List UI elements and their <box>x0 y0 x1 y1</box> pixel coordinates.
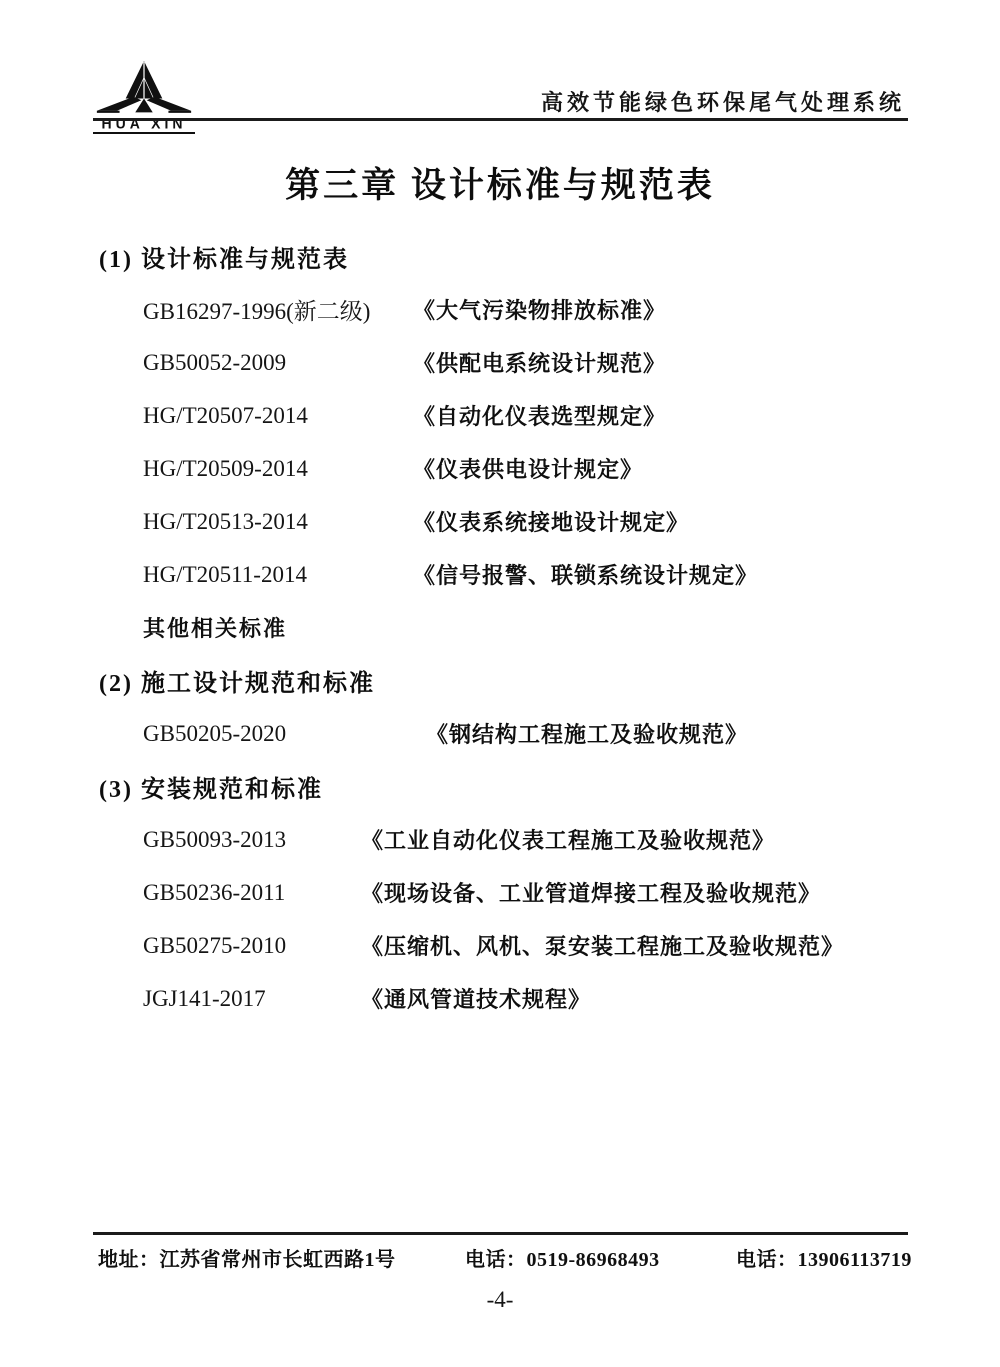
standard-row: GB50236-2011 《现场设备、工业管道焊接工程及验收规范》 <box>93 866 920 919</box>
standard-row: GB50093-2013 《工业自动化仪表工程施工及验收规范》 <box>93 813 920 866</box>
standard-row: GB16297-1996(新二级) 《大气污染物排放标准》 <box>93 283 920 336</box>
standard-code: GB50093-2013 <box>143 827 361 853</box>
standard-row: HG/T20513-2014 《仪表系统接地设计规定》 <box>93 495 920 548</box>
footer-rule <box>93 1232 908 1235</box>
footer-address: 地址：江苏省常州市长虹西路1号 <box>98 1243 396 1272</box>
section-heading-3: (3) 安装规范和标准 <box>93 760 920 813</box>
standard-row: HG/T20509-2014 《仪表供电设计规定》 <box>93 442 920 495</box>
page-title: 第三章 设计标准与规范表 <box>0 158 1000 208</box>
standard-code: GB50205-2020 <box>143 721 426 747</box>
logo-underline <box>93 132 195 134</box>
standard-name: 《仪表系统接地设计规定》 <box>413 506 689 537</box>
standard-name: 《供配电系统设计规范》 <box>413 347 666 378</box>
standard-name: 《钢结构工程施工及验收规范》 <box>426 718 748 749</box>
standard-name: 《工业自动化仪表工程施工及验收规范》 <box>361 824 775 855</box>
standard-name: 《仪表供电设计规定》 <box>413 453 643 484</box>
mountain-logo-icon <box>96 60 192 116</box>
standard-code: GB50275-2010 <box>143 933 361 959</box>
standard-code: GB50052-2009 <box>143 350 413 376</box>
standard-name: 《大气污染物排放标准》 <box>413 294 666 325</box>
standard-name: 《现场设备、工业管道焊接工程及验收规范》 <box>361 877 821 908</box>
standard-name: 《通风管道技术规程》 <box>361 983 591 1014</box>
standard-row: 其他相关标准 <box>93 601 920 654</box>
page-number: -4- <box>0 1287 1000 1313</box>
standard-row: HG/T20507-2014 《自动化仪表选型规定》 <box>93 389 920 442</box>
standard-code: HG/T20511-2014 <box>143 562 413 588</box>
standard-row: JGJ141-2017 《通风管道技术规程》 <box>93 972 920 1025</box>
company-logo: HUA XIN <box>93 60 195 134</box>
standards-list: (1) 设计标准与规范表 GB16297-1996(新二级) 《大气污染物排放标… <box>93 230 920 1025</box>
standard-row: GB50052-2009 《供配电系统设计规范》 <box>93 336 920 389</box>
standard-code: GB50236-2011 <box>143 880 361 906</box>
standard-row: GB50205-2020 《钢结构工程施工及验收规范》 <box>93 707 920 760</box>
footer: 地址：江苏省常州市长虹西路1号 电话：0519-86968493 电话：1390… <box>93 1243 907 1271</box>
standard-name: 《压缩机、风机、泵安装工程施工及验收规范》 <box>361 930 844 961</box>
standard-code: HG/T20507-2014 <box>143 403 413 429</box>
document-page: HUA XIN 高效节能绿色环保尾气处理系统 第三章 设计标准与规范表 (1) … <box>0 0 1000 1367</box>
section-heading-2: (2) 施工设计规范和标准 <box>93 654 920 707</box>
standard-code: HG/T20513-2014 <box>143 509 413 535</box>
other-standards-note: 其他相关标准 <box>143 612 287 643</box>
standard-code: HG/T20509-2014 <box>143 456 413 482</box>
standard-row: HG/T20511-2014 《信号报警、联锁系统设计规定》 <box>93 548 920 601</box>
standard-code: JGJ141-2017 <box>143 986 361 1012</box>
standard-row: GB50275-2010 《压缩机、风机、泵安装工程施工及验收规范》 <box>93 919 920 972</box>
header-rule <box>93 118 908 121</box>
standard-code: GB16297-1996(新二级) <box>143 293 413 326</box>
standard-name: 《信号报警、联锁系统设计规定》 <box>413 559 758 590</box>
section-heading-1: (1) 设计标准与规范表 <box>93 230 920 283</box>
footer-phone-1: 电话：0519-86968493 <box>465 1243 660 1272</box>
footer-phone-2: 电话：13906113719 <box>736 1243 912 1272</box>
standard-name: 《自动化仪表选型规定》 <box>413 400 666 431</box>
header-slogan: 高效节能绿色环保尾气处理系统 <box>541 86 905 117</box>
